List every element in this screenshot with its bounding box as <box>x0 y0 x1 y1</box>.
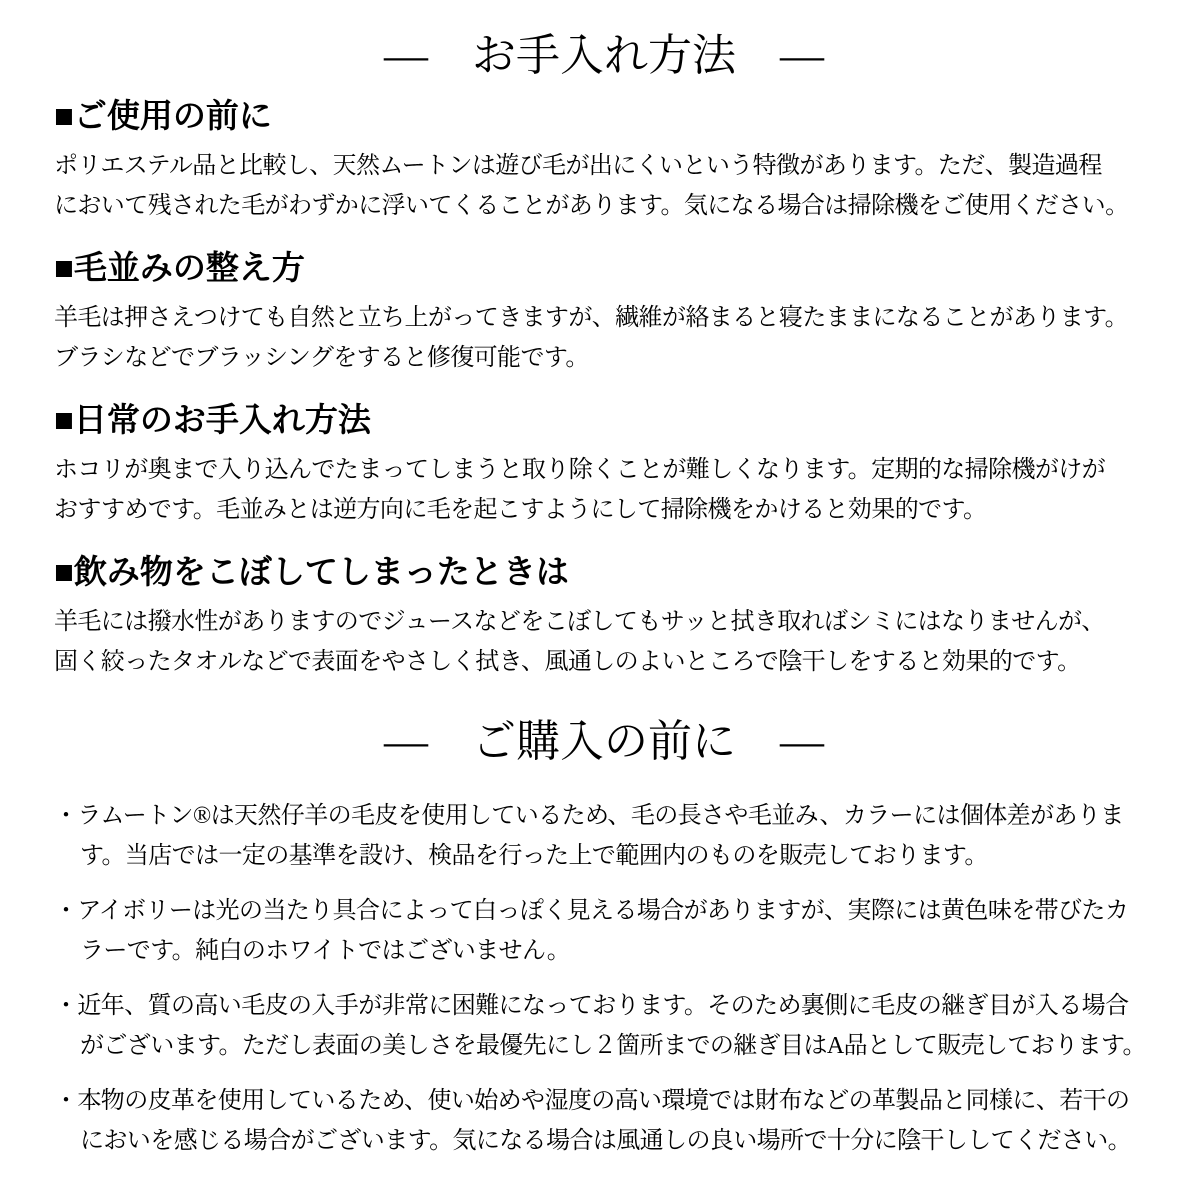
section-body: 羊毛は押さえつけても自然と立ち上がってきますが、繊維が絡まると寝たままになること… <box>54 298 1154 378</box>
section-spilled-drink: ■飲み物をこぼしてしまったときは 羊毛には撥水性がありますのでジュースなどをこぼ… <box>54 552 1154 682</box>
section-body: ホコリが奥まで入り込んでたまってしまうと取り除くことが難しくなります。定期的な掃… <box>54 450 1154 530</box>
section-body: 羊毛には撥水性がありますのでジュースなどをこぼしてもサッと拭き取ればシミにはなり… <box>54 602 1154 682</box>
purchase-note-individual-difference: ・ラムートン®は天然仔羊の毛皮を使用しているため、毛の長さや毛並み、カラーには個… <box>54 796 1154 876</box>
purchase-title: ― ご購入の前に ― <box>54 712 1154 772</box>
section-heading: ■日常のお手入れ方法 <box>54 400 1154 442</box>
care-guide-page: ― お手入れ方法 ― ■ご使用の前に ポリエステル品と比較し、天然ムートンは遊び… <box>0 0 1200 1161</box>
care-title-text: お手入れ方法 <box>472 26 736 86</box>
title-dash-left: ― <box>384 26 428 86</box>
title-dash-left: ― <box>384 712 428 772</box>
purchase-note-fur-seams: ・近年、質の高い毛皮の入手が非常に困難になっております。そのため裏側に毛皮の継ぎ… <box>54 986 1154 1066</box>
purchase-title-text: ご購入の前に <box>472 712 736 772</box>
section-body: ポリエステル品と比較し、天然ムートンは遊び毛が出にくいという特徴があります。ただ… <box>54 146 1154 226</box>
section-before-use: ■ご使用の前に ポリエステル品と比較し、天然ムートンは遊び毛が出にくいという特徴… <box>54 96 1154 226</box>
purchase-note-ivory-color: ・アイボリーは光の当たり具合によって白っぽく見える場合がありますが、実際には黄色… <box>54 891 1154 971</box>
title-dash-right: ― <box>780 26 824 86</box>
section-daily-care: ■日常のお手入れ方法 ホコリが奥まで入り込んでたまってしまうと取り除くことが難し… <box>54 400 1154 530</box>
title-dash-right: ― <box>780 712 824 772</box>
section-heading: ■毛並みの整え方 <box>54 248 1154 290</box>
section-fur-grooming: ■毛並みの整え方 羊毛は押さえつけても自然と立ち上がってきますが、繊維が絡まると… <box>54 248 1154 378</box>
section-heading: ■飲み物をこぼしてしまったときは <box>54 552 1154 594</box>
section-heading: ■ご使用の前に <box>54 96 1154 138</box>
purchase-note-leather-smell: ・本物の皮革を使用しているため、使い始めや湿度の高い環境では財布などの革製品と同… <box>54 1081 1154 1161</box>
care-title: ― お手入れ方法 ― <box>54 26 1154 86</box>
